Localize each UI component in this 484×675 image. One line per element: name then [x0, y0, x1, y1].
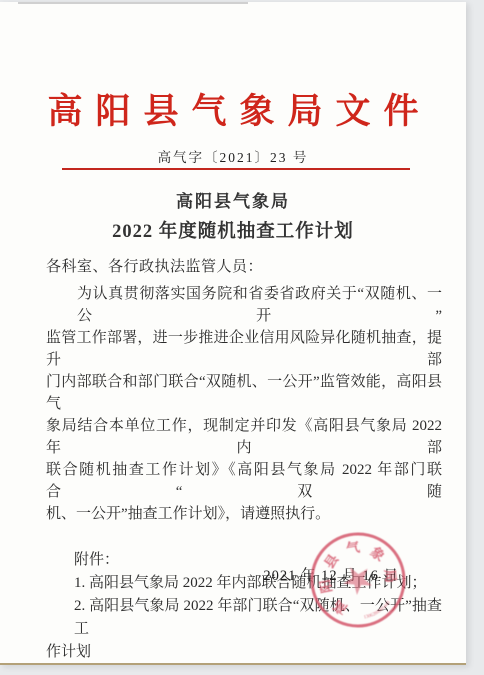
document-body: 各科室、各行政执法监管人员： 为认真贯彻落实国务院和省委省政府关于“双随机、一公…: [46, 256, 442, 664]
document-title-line-1: 高阳县气象局: [0, 187, 466, 212]
red-divider-rule: [62, 168, 410, 170]
salutation-line: 各科室、各行政执法监管人员：: [46, 256, 442, 278]
document-number: 高气字〔2021〕23 号: [0, 146, 466, 166]
document-title: 高阳县气象局 2022 年度随机抽查工作计划: [0, 187, 466, 243]
paragraph-line: 门内部联合和部门联合“双随机、一公开”监管效能，高阳县气: [46, 371, 442, 415]
document-paper: 高阳县气象局文件 高气字〔2021〕23 号 高阳县气象局 2022 年度随机抽…: [0, 2, 466, 665]
scan-artifact-line: [18, 2, 248, 4]
paragraph-line: 联合随机抽查工作计划》《高阳县气象局 2022 年部门联合“双随: [46, 459, 442, 503]
paragraph-line: 象局结合本单位工作，现制定并印发《高阳县气象局 2022 年内部: [46, 415, 442, 459]
document-title-line-2: 2022 年度随机抽查工作计划: [0, 217, 466, 243]
red-header-title: 高阳县气象局文件: [0, 84, 466, 134]
paragraph-line: 机、一公开”抽查工作计划》，请遵照执行。: [46, 503, 442, 525]
document-date: 2021 年 12 月 16 日: [263, 564, 399, 585]
attachment-item-continuation: 作计划: [46, 641, 442, 664]
paragraph-line: 监管工作部署，进一步推进企业信用风险异化随机抽查，提升部: [46, 327, 442, 371]
attachment-item: 2. 高阳县气象局 2022 年部门联合“双随机、一公开”抽查工: [46, 595, 442, 641]
paragraph-line: 为认真贯彻落实国务院和省委省政府关于“双随机、一公开”: [46, 283, 442, 327]
main-paragraph: 为认真贯彻落实国务院和省委省政府关于“双随机、一公开” 监管工作部署，进一步推进…: [46, 283, 442, 525]
